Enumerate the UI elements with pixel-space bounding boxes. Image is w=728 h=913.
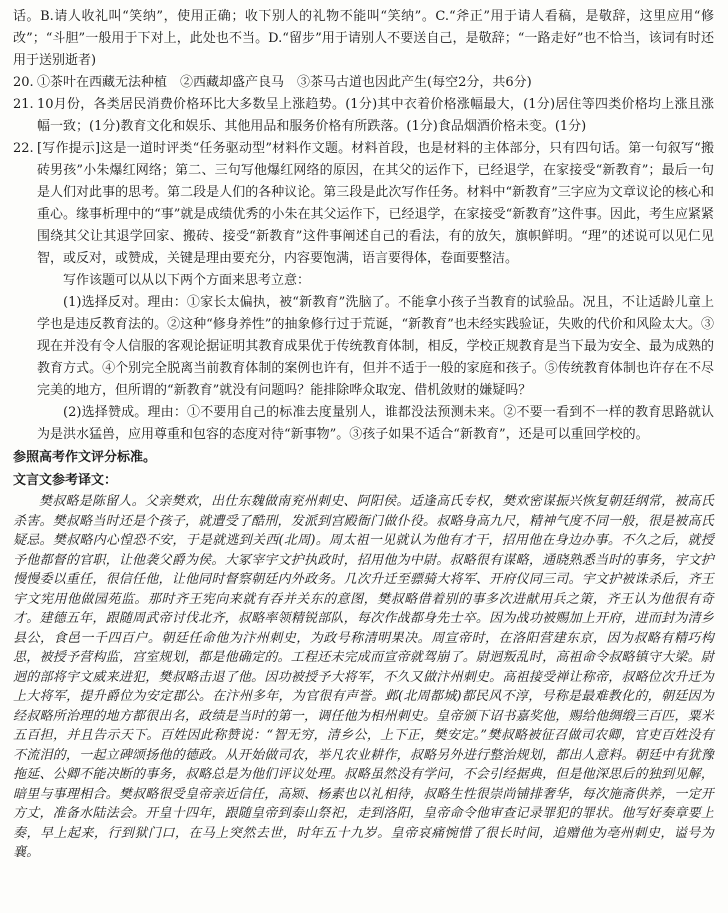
item-22-number: 22. — [13, 138, 37, 160]
item-20-text: ①茶叶在西藏无法种植 ②西藏却盛产良马 ③茶马古道也因此产生(每空2分，共6分) — [37, 75, 532, 90]
item-19-continuation-text: 话。B.请人收礼叫“笑纳”，使用正确；收下别人的礼物不能叫“笑纳”。C.“斧正”… — [13, 6, 714, 72]
item-20-number: 20. — [13, 72, 37, 94]
item-21-number: 21. — [13, 94, 37, 116]
answer-item-21: 21.10月份，各类居民消费价格环比大多数呈上涨趋势。(1分)其中衣着价格涨幅最… — [13, 94, 714, 138]
item-21-text: 10月份，各类居民消费价格环比大多数呈上涨趋势。(1分)其中衣着价格涨幅最大，(… — [37, 97, 714, 134]
item-22-think-intro: 写作该题可以从以下两个方面来思考立意： — [37, 270, 714, 292]
answer-item-22: 22.[写作提示]这是一道时评类“任务驱动型”材料作文题。材料首段，也是材料的主… — [13, 138, 714, 446]
scoring-standard-note: 参照高考作文评分标准。 — [13, 446, 714, 469]
classical-translation-text: 樊叔略是陈留人。父亲樊欢，出仕东魏做南兖州刺史、阿阳侯。适逢高氏专权，樊欢密谋振… — [13, 492, 714, 863]
answer-item-20: 20.①茶叶在西藏无法种植 ②西藏却盛产良马 ③茶马古道也因此产生(每空2分，共… — [13, 72, 714, 94]
item-22-writing-hint-text: [写作提示]这是一道时评类“任务驱动型”材料作文题。材料首段，也是材料的主体部分… — [37, 141, 714, 266]
item-22-agree-paragraph: (2)选择赞成。理由：①不要用自己的标准去度量别人，谁都没法预测未来。②不要一看… — [37, 402, 714, 446]
item-22-oppose-paragraph: (1)选择反对。理由：①家长太偏执，被“新教育”洗脑了。不能拿小孩子当教育的试验… — [37, 292, 714, 402]
answer-key-page: 话。B.请人收礼叫“笑纳”，使用正确；收下别人的礼物不能叫“笑纳”。C.“斧正”… — [0, 0, 728, 913]
translation-heading: 文言文参考译文： — [13, 469, 714, 492]
